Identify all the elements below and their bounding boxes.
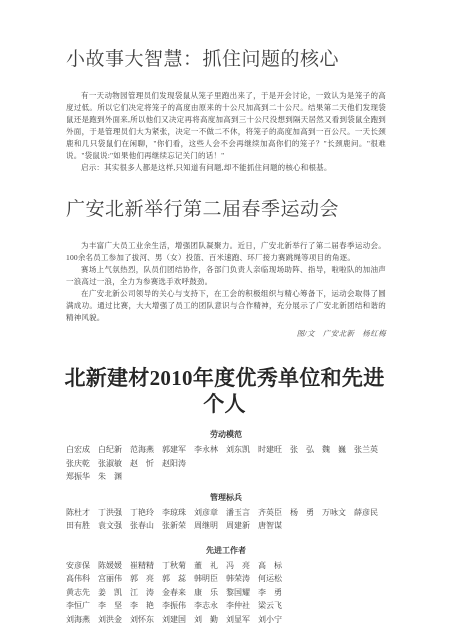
sports-paragraph: 赛场上气氛热烈，队员们团结协作，各部门负责人亲临现场助阵、指导，啦啦队的加油声一… [66, 264, 386, 288]
story-paragraph: 有一天动物园管理员们发现袋鼠从笼子里跑出来了，于是开会讨论，一致认为是笼子的高度… [66, 90, 386, 162]
names-row: 郑振华 朱 渊 [66, 470, 386, 484]
document-page: 小故事大智慧：抓住问题的核心 有一天动物园管理员们发现袋鼠从笼子里跑出来了，于是… [0, 0, 451, 638]
names-row: 刘海燕 刘洪金 刘怀东 刘建国 刘 勤 刘显军 刘小宁 [66, 613, 386, 627]
names-row: 安彦保 陈媛媛 崔精精 丁秋菊 董 礼 冯 亮 高 标 [66, 559, 386, 573]
sports-title: 广安北新举行第二届春季运动会 [66, 199, 386, 221]
award-section-management-pacesetters: 管理标兵 陈杜才 丁洪强 丁艳玲 李琼珠 刘彦章 潘玉言 齐英臣 杨 勇 万咏文… [66, 492, 386, 533]
story-moral: 启示：其实很多人都是这样,只知道有问题,却不能抓住问题的核心和根基。 [66, 162, 386, 174]
article-sports: 广安北新举行第二届春季运动会 为丰富广大员工业余生活，增强团队凝聚力。近日，广安… [66, 199, 386, 339]
award-section-advanced-workers: 先进工作者 安彦保 陈媛媛 崔精精 丁秋菊 董 礼 冯 亮 高 标 高伟科 宫丽… [66, 545, 386, 627]
sports-paragraph: 在广安北新公司领导的关心与支持下，在工会的积极组织与精心筹备下，运动会取得了圆满… [66, 288, 386, 324]
awards-title: 北新建材2010年度优秀单位和先进个人 [63, 365, 386, 418]
story-title: 小故事大智慧：抓住问题的核心 [66, 49, 386, 71]
article-awards: 北新建材2010年度优秀单位和先进个人 劳动模范 白宏成 白纪新 范海燕 郭建军… [66, 365, 386, 627]
names-row: 陈杜才 丁洪强 丁艳玲 李琼珠 刘彦章 潘玉言 齐英臣 杨 勇 万咏文 薛彦民 [66, 506, 386, 520]
article-story: 小故事大智慧：抓住问题的核心 有一天动物园管理员们发现袋鼠从笼子里跑出来了，于是… [66, 49, 386, 174]
names-row: 李恒广 李 坚 李 艳 李振伟 李志永 李仲社 梁云飞 [66, 599, 386, 613]
byline: 图/文 广安北新 杨红梅 [66, 328, 386, 339]
names-row: 张庆乾 张淑敏 赵 忻 赵阳涛 [66, 457, 386, 471]
names-row: 高伟科 宫丽伟 郭 亮 郭 蕊 韩明臣 韩荣涛 何运松 [66, 572, 386, 586]
section-heading: 先进工作者 [66, 545, 386, 556]
award-section-model-workers: 劳动模范 白宏成 白纪新 范海燕 郭建军 李永林 刘东凯 时建旺 张 弘 魏 巍… [66, 429, 386, 484]
section-heading: 劳动模范 [66, 429, 386, 440]
section-heading: 管理标兵 [66, 492, 386, 503]
names-row: 白宏成 白纪新 范海燕 郭建军 李永林 刘东凯 时建旺 张 弘 魏 巍 张兰英 [66, 443, 386, 457]
names-row: 黄志先 姜 凯 江 涛 金春来 康 乐 黎国耀 李 勇 [66, 586, 386, 600]
sports-paragraph: 为丰富广大员工业余生活，增强团队凝聚力。近日，广安北新举行了第二届春季运动会。1… [66, 240, 386, 264]
names-row: 田有胜 袁文强 张春山 张新荣 周继明 周建新 唐智谋 [66, 519, 386, 533]
